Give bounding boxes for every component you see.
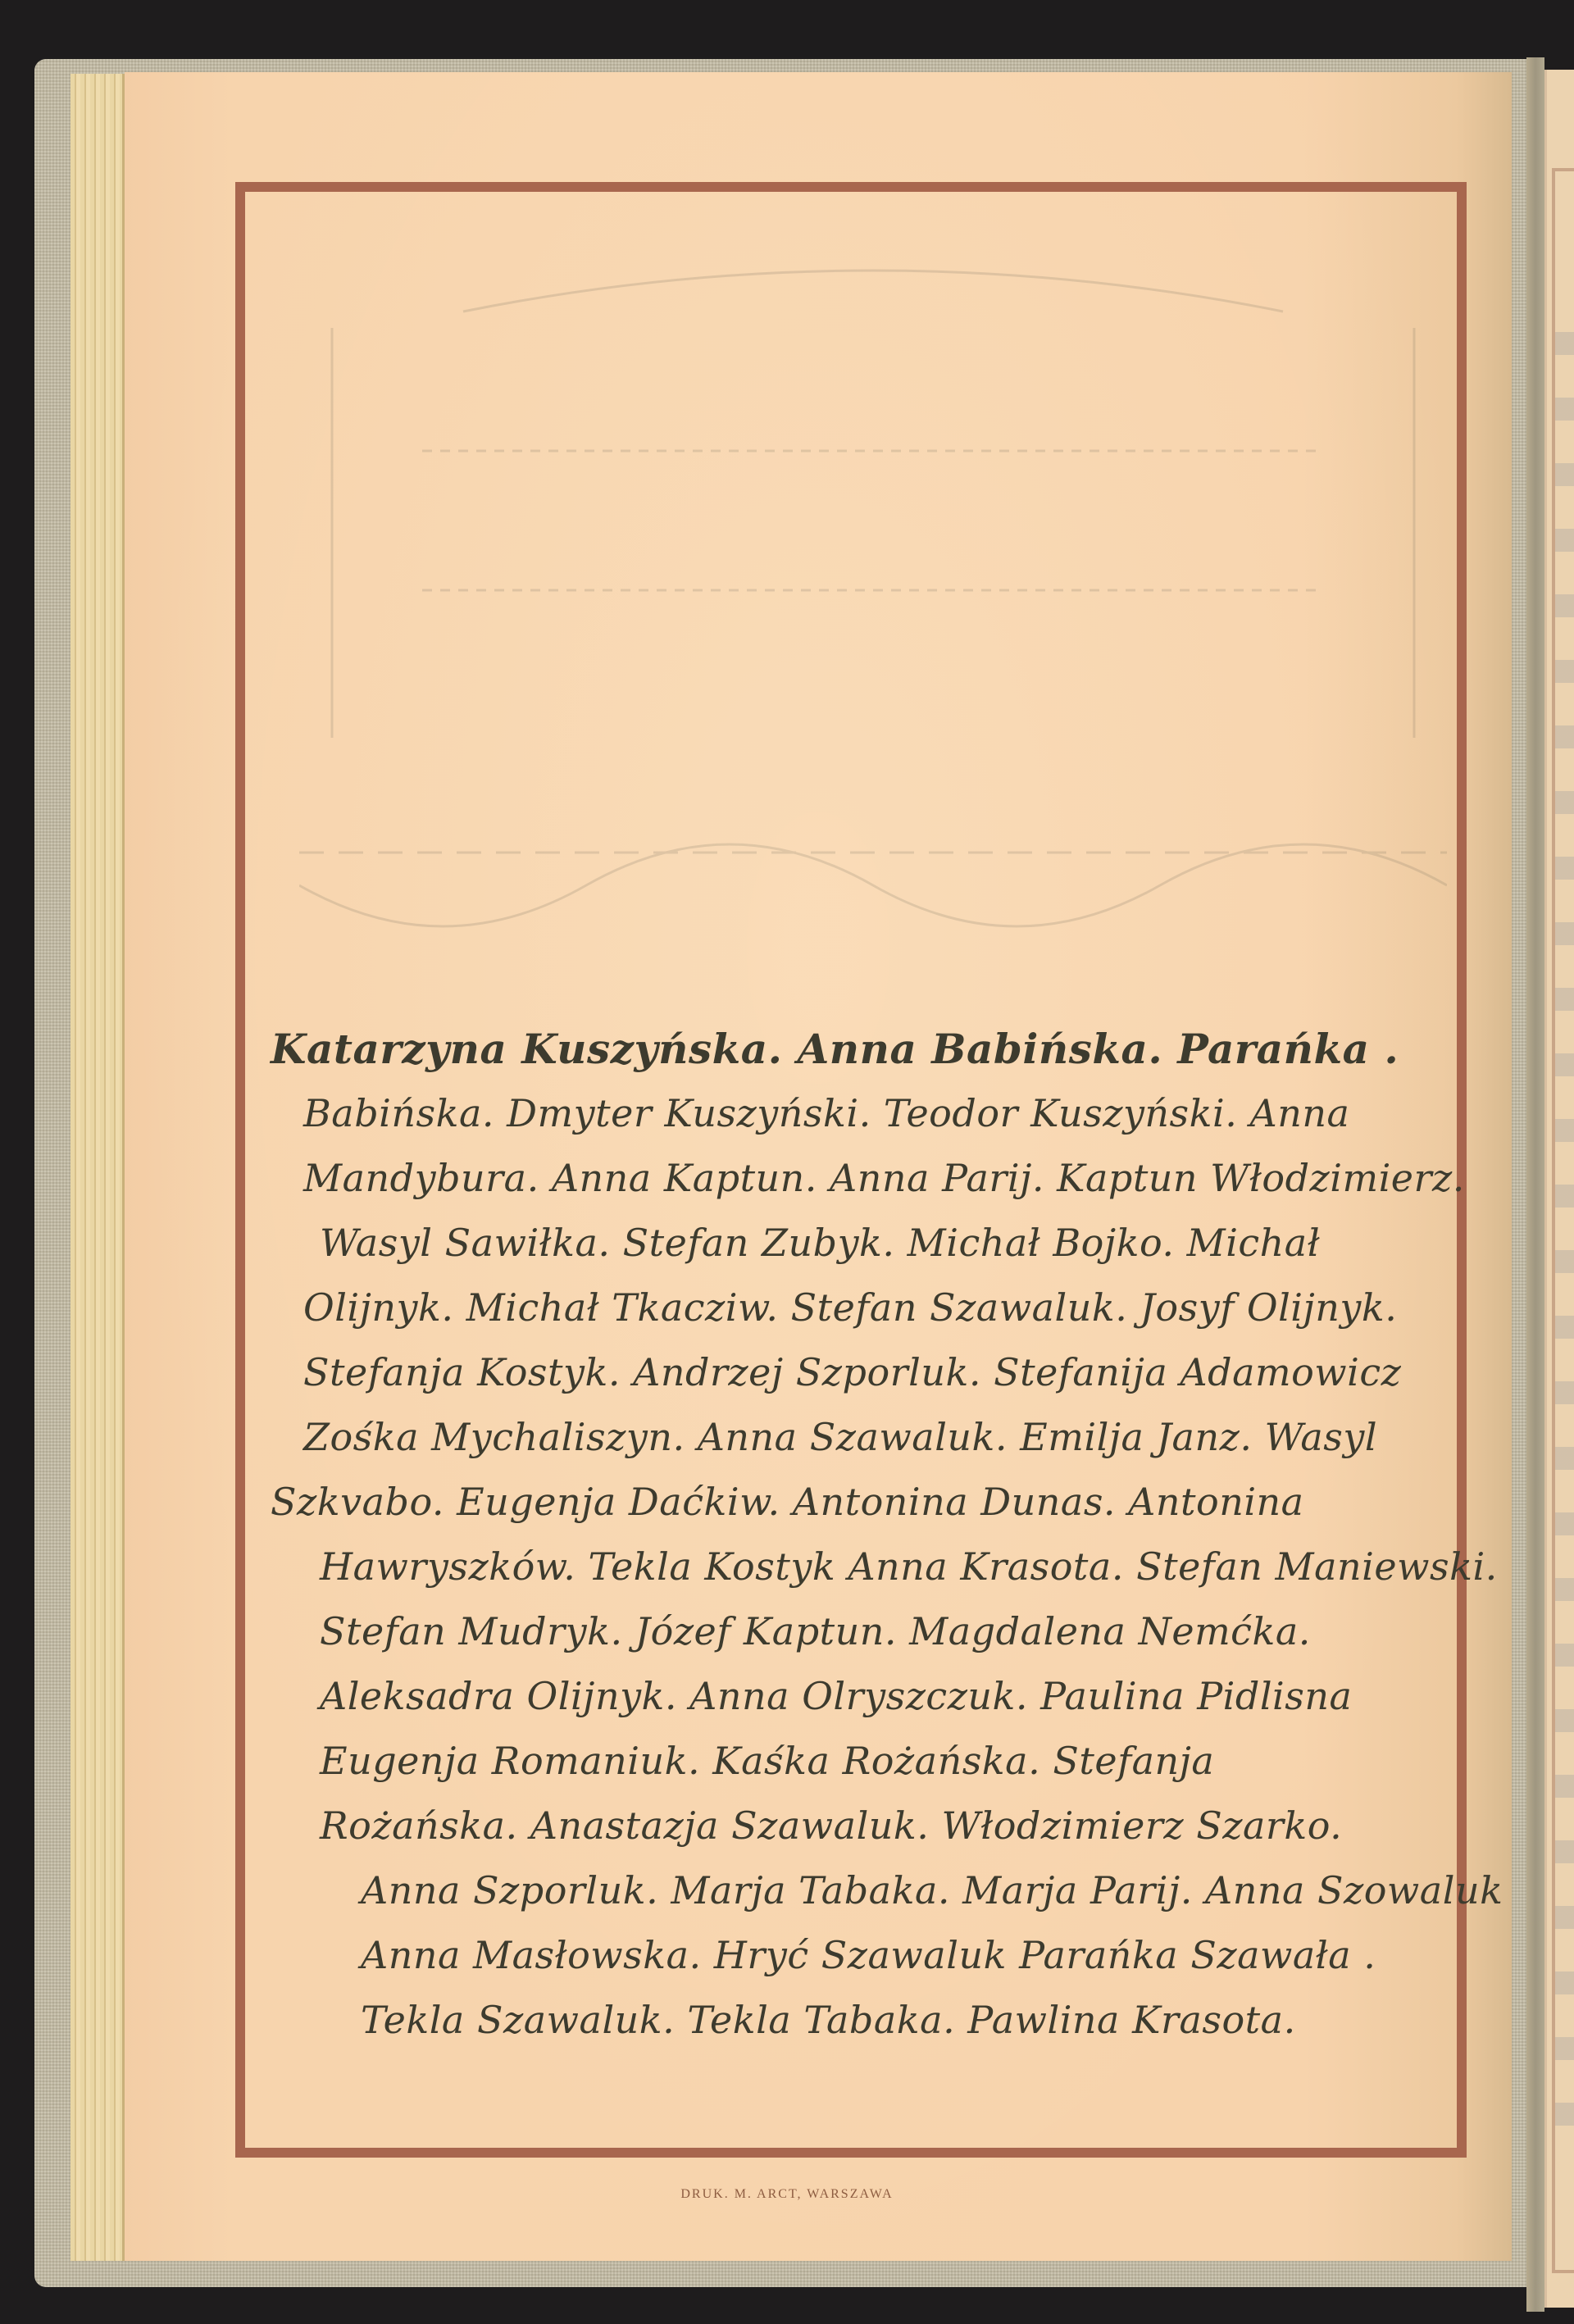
signature-line: Babińska. Dmyter Kuszyński. Teodor Kuszy… (271, 1081, 1476, 1146)
signature-line: Rożańska. Anastazja Szawaluk. Włodzimier… (271, 1794, 1476, 1858)
signature-line: Szkvabo. Eugenja Daćkiw. Antonina Dunas.… (271, 1470, 1476, 1535)
signature-list: Katarzyna Kuszyńska. Anna Babińska. Para… (271, 1016, 1476, 2053)
adjacent-page-edge (1544, 70, 1574, 2308)
page-edges (71, 74, 125, 2261)
book-gutter (1526, 57, 1544, 2312)
signature-line: Wasyl Sawiłka. Stefan Zubyk. Michał Bojk… (271, 1211, 1476, 1276)
adjacent-page-handwriting (1555, 332, 1574, 2135)
signature-line: Olijnyk. Michał Tkacziw. Stefan Szawaluk… (271, 1276, 1476, 1340)
printer-imprint: DRUK. M. ARCT, WARSZAWA (0, 2187, 1574, 2202)
signature-line: Hawryszków. Tekla Kostyk Anna Krasota. S… (271, 1535, 1476, 1599)
signature-line: Tekla Szawaluk. Tekla Tabaka. Pawlina Kr… (271, 1988, 1476, 2053)
signature-line: Anna Masłowska. Hryć Szawaluk Parańka Sz… (271, 1923, 1476, 1988)
signature-line: Eugenja Romaniuk. Kaśka Rożańska. Stefan… (271, 1729, 1476, 1794)
signature-line: Aleksadra Olijnyk. Anna Olryszczuk. Paul… (271, 1664, 1476, 1729)
signature-line: Mandybura. Anna Kaptun. Anna Parij. Kapt… (271, 1146, 1476, 1211)
signature-line: Katarzyna Kuszyńska. Anna Babińska. Para… (271, 1016, 1476, 1081)
signature-line: Zośka Mychaliszyn. Anna Szawaluk. Emilja… (271, 1405, 1476, 1470)
signature-line: Stefanja Kostyk. Andrzej Szporluk. Stefa… (271, 1340, 1476, 1405)
signature-line: Anna Szporluk. Marja Tabaka. Marja Parij… (271, 1858, 1476, 1923)
signature-line: Stefan Mudryk. Józef Kaptun. Magdalena N… (271, 1599, 1476, 1664)
